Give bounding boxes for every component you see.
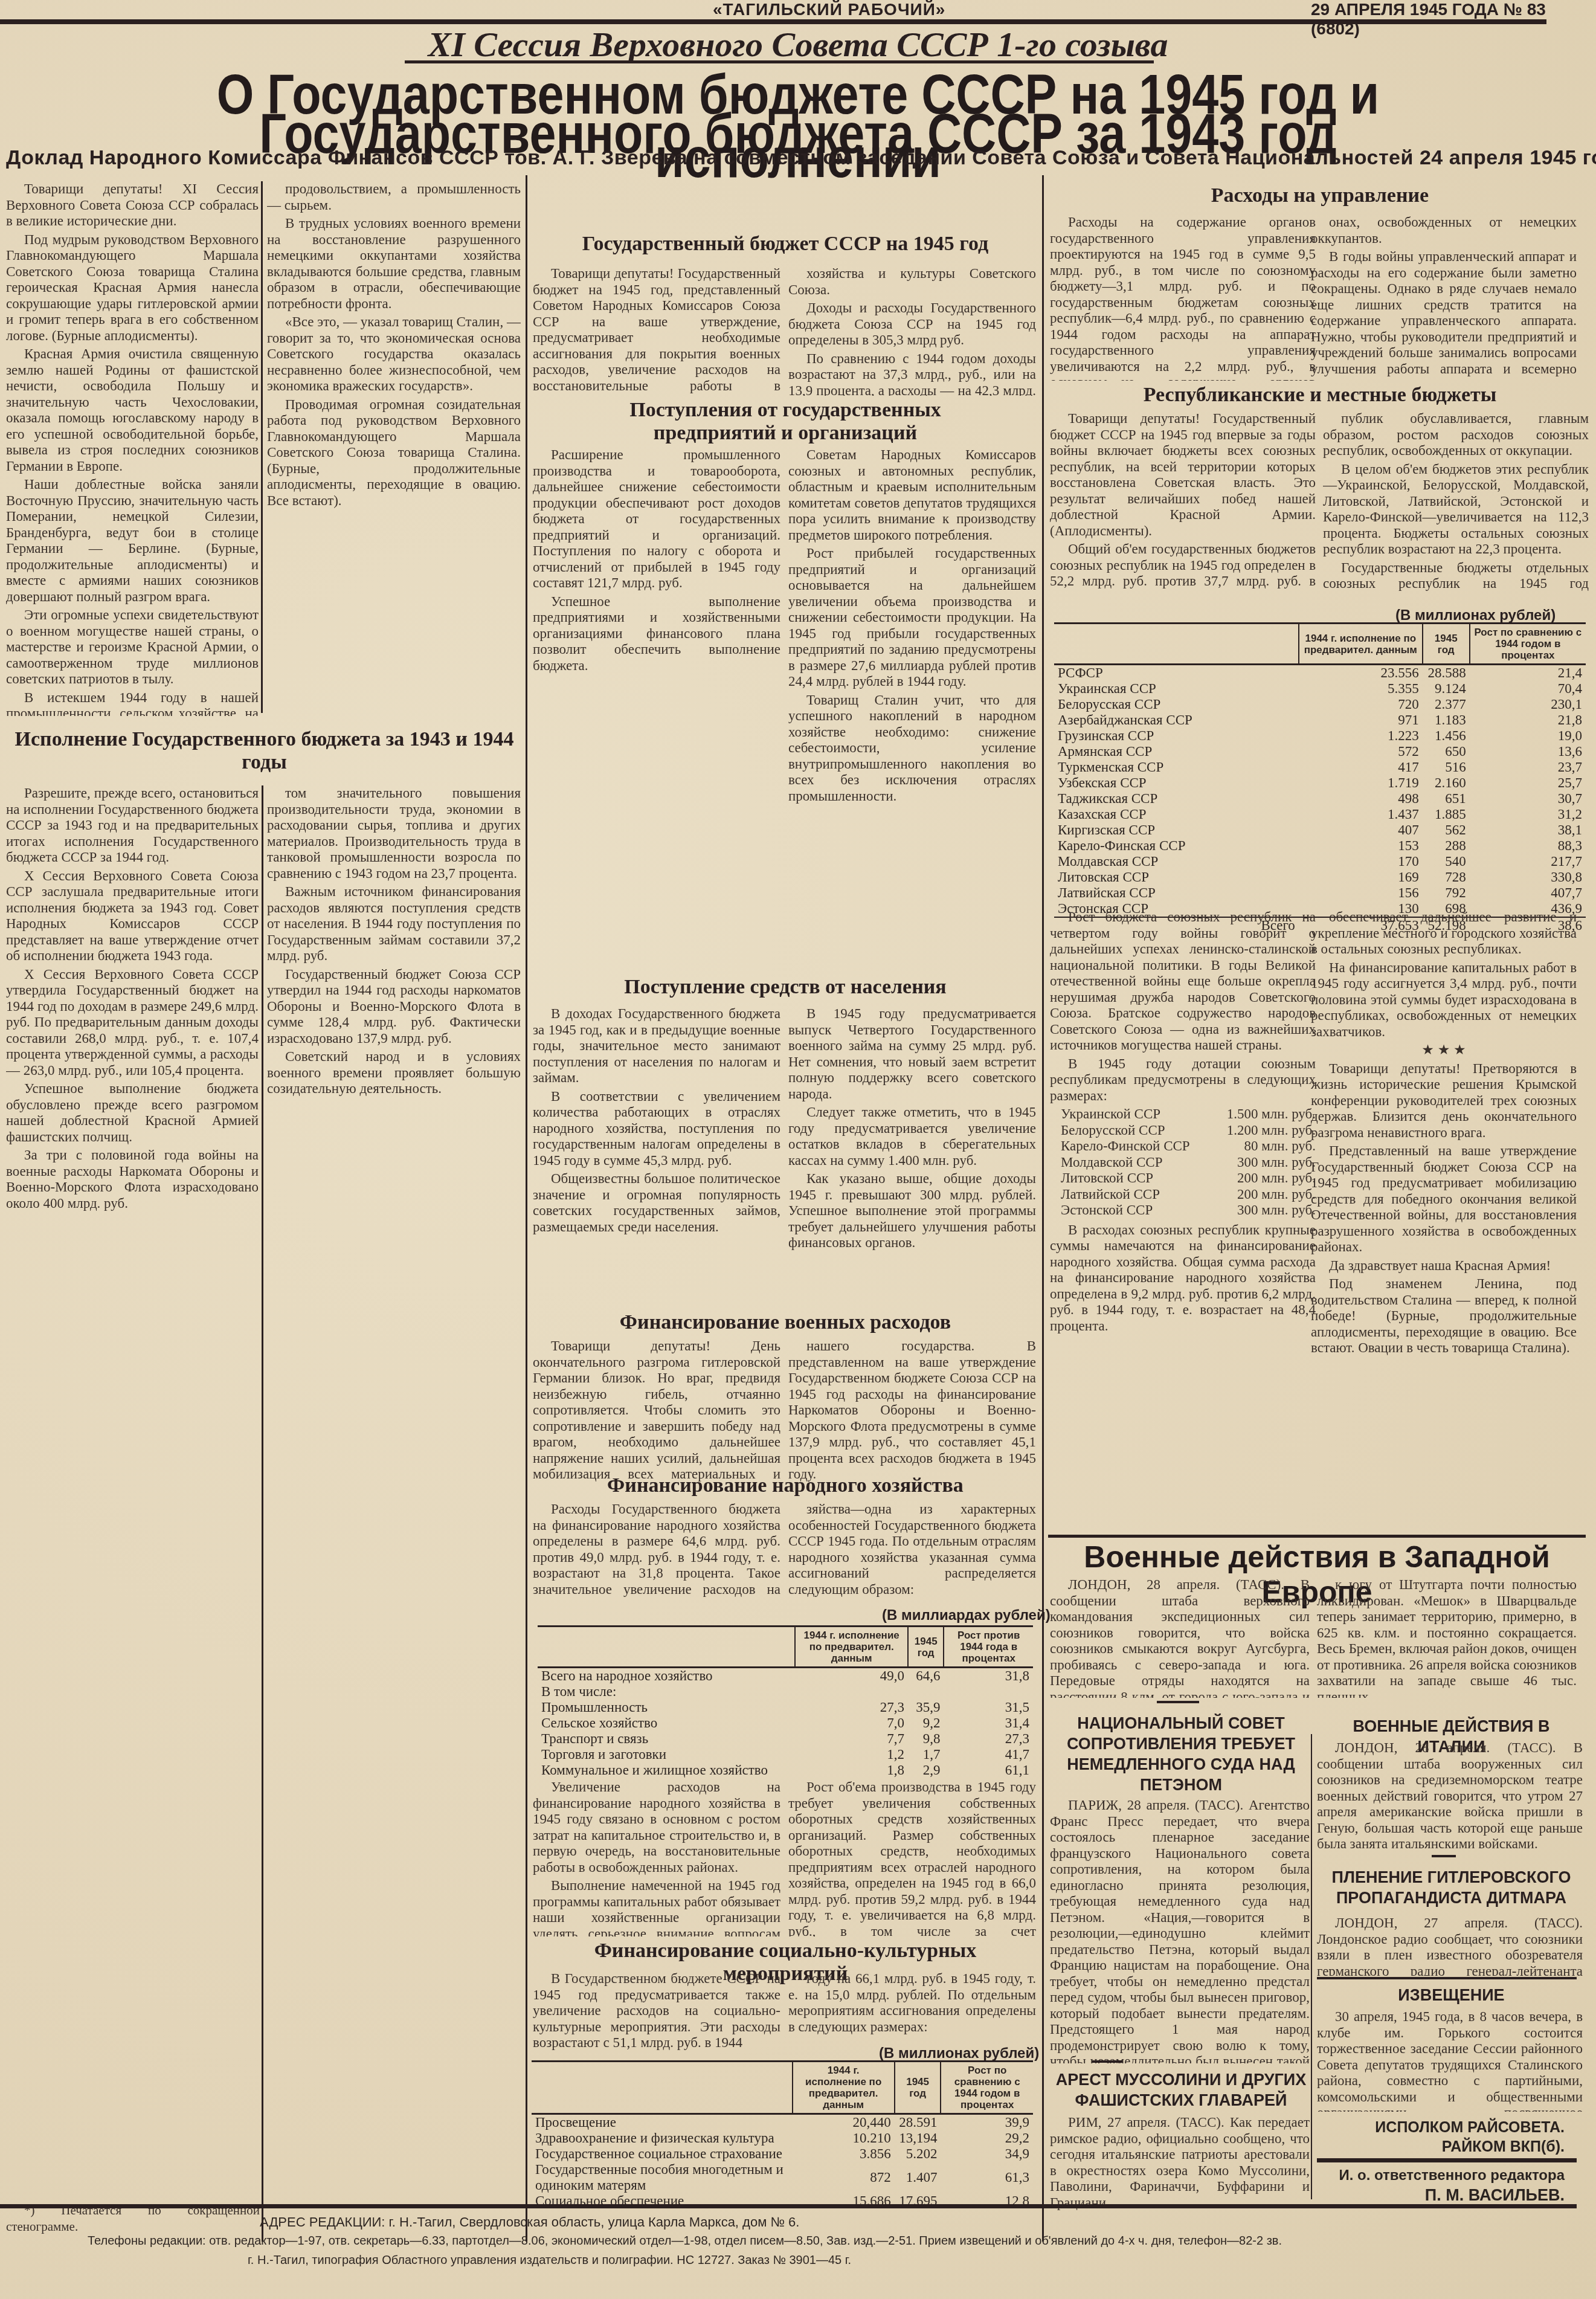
table-cell: 5.355 [1299, 681, 1423, 697]
economy-col-1: Расходы Государственного бюджета на фина… [533, 1501, 780, 1598]
notice-title: ИЗВЕЩЕНИЕ [1317, 1985, 1586, 2005]
paragraph: ЛОНДОН, 28 апреля. (ТАСС). В сообщении ш… [1317, 1740, 1583, 1852]
table-cell: 31,2 [1470, 807, 1586, 822]
table-cell: 872 [793, 2162, 895, 2193]
table-cell: 572 [1299, 744, 1423, 759]
table-cell: Карело-Финская ССР [1054, 838, 1299, 854]
table-cell: 10.210 [793, 2130, 895, 2146]
footer-rule [0, 2204, 1577, 2208]
table-cell: 169 [1299, 869, 1423, 885]
intro-col-1: Товарищи депутаты! XI Сессия Верховного … [6, 181, 259, 716]
economy2-col-1: Увеличение расходов на финансирование на… [533, 1779, 780, 1936]
table-cell: 61,1 [944, 1762, 1033, 1778]
table-header-blank [1054, 624, 1299, 665]
table-cell: 1.719 [1299, 775, 1423, 791]
paragraph: Да здравствует наша Красная Армия! [1311, 1258, 1577, 1274]
table-cell: 27,3 [795, 1700, 908, 1715]
subsidy-republic: Украинской ССР [1061, 1106, 1160, 1123]
table-cell: Здравоохранение и физическая культура [532, 2130, 793, 2146]
table-row: Государственные пособия многодетным и од… [532, 2162, 1033, 2193]
table-cell: Азербайджанская ССР [1054, 712, 1299, 728]
dittmar-body: ЛОНДОН, 27 апреля. (ТАСС). Лондонское ра… [1317, 1915, 1583, 1976]
table-cell: 13,194 [895, 2130, 941, 2146]
republican-col-1: Товарищи депутаты! Государственный бюдже… [1050, 411, 1316, 592]
paragraph: зяйства—одна из характерных особенностей… [788, 1501, 1036, 1598]
table-cell: Всего на народное хозяйство [538, 1668, 795, 1685]
table-row: Просвещение20,44028.59139,9 [532, 2114, 1033, 2131]
paragraph: публик обуславливается, главным образом,… [1323, 411, 1589, 459]
table-cell: 23.556 [1299, 665, 1423, 682]
budget1945-col-2: хозяйства и культуры Советского Союза. Д… [788, 266, 1036, 396]
table-cell: Коммунальное и жилищное хозяйство [538, 1762, 795, 1778]
table-row: Молдавская ССР170540217,7 [1054, 854, 1586, 869]
paper-name: «ТАГИЛЬСКИЙ РАБОЧИЙ» [713, 0, 945, 19]
table-cell: Таджикская ССР [1054, 791, 1299, 807]
table-cell: 3.856 [793, 2146, 895, 2162]
paragraph: В соответствии с увеличением количества … [533, 1089, 780, 1169]
table-row: Латвийская ССР156792407,7 [1054, 885, 1586, 901]
table-cell: 498 [1299, 791, 1423, 807]
table-cell: 41,7 [944, 1747, 1033, 1762]
paragraph: В годы войны управленческий аппарат и ра… [1311, 249, 1577, 381]
column-divider [1042, 175, 1044, 2242]
table-cell: 792 [1423, 885, 1470, 901]
paragraph: Разрешите, прежде всего, остановиться на… [6, 785, 259, 866]
paragraph: Эти огромные успехи свидетельствуют о во… [6, 607, 259, 688]
table-row: Армянская ССР57265013,6 [1054, 744, 1586, 759]
paragraph: В 1945 году предусматривается выпуск Чет… [788, 1006, 1036, 1102]
editor-block: И. о. ответственного редактора П. М. ВАС… [1317, 2166, 1565, 2205]
table-header-blank [538, 1627, 795, 1668]
table-cell: Туркменская ССР [1054, 759, 1299, 775]
table-cell: 720 [1299, 697, 1423, 712]
table-cell: 38,1 [1470, 822, 1586, 838]
table-cell: 21,8 [1470, 712, 1586, 728]
table-header: Рост по сравнению с 1944 годом в процент… [941, 2062, 1033, 2114]
paragraph: Важным источником финансирования расходо… [267, 884, 521, 964]
table-header-blank [532, 2062, 793, 2114]
section-title-economy: Финансирование народного хозяйства [532, 1474, 1039, 1497]
table-cell: Киргизская ССР [1054, 822, 1299, 838]
west-col-1: ЛОНДОН, 28 апреля. (ТАСС). В сообщении ш… [1050, 1577, 1310, 1698]
table-cell: РСФСР [1054, 665, 1299, 682]
table-cell: 29,2 [941, 2130, 1033, 2146]
paragraph: Товарищ Сталин учит, что для успешного н… [788, 692, 1036, 805]
paragraph: В доходах Государственного бюджета за 19… [533, 1006, 780, 1086]
paragraph: Под мудрым руководством Верховного Главн… [6, 232, 259, 344]
table-row: Всего на народное хозяйство49,064,631,8 [538, 1668, 1033, 1685]
section-rule [1048, 1535, 1586, 1538]
enterprises-col-1: Расширение промышленного производства и … [533, 447, 780, 930]
table-cell: 516 [1423, 759, 1470, 775]
subsidy-item: Белорусской ССР1.200 млн. руб. [1061, 1123, 1316, 1139]
table-cell: 1.885 [1423, 807, 1470, 822]
divider [1432, 1855, 1456, 1857]
table-cell: Транспорт и связь [538, 1731, 795, 1747]
table-row: Литовская ССР169728330,8 [1054, 869, 1586, 885]
table-cell: В том числе: [538, 1684, 795, 1700]
subsidy-republic: Молдавской ССР [1061, 1155, 1162, 1171]
table-cell: 31,8 [944, 1668, 1033, 1685]
paragraph: 30 апреля, 1945 года, в 8 часов вечера, … [1317, 2009, 1583, 2112]
table-cell: 540 [1423, 854, 1470, 869]
economy-col-2: зяйства—одна из характерных особенностей… [788, 1501, 1036, 1598]
paragraph: В трудных условиях военного времени на в… [267, 216, 521, 312]
table-cell: 19,0 [1470, 728, 1586, 744]
paragraph: Рост бюджета союзных республик на четвер… [1050, 909, 1316, 1054]
section-title-exec: Исполнение Государственного бюджета за 1… [6, 728, 523, 774]
subheadline: Доклад Народного Комиссара Финансов СССР… [6, 146, 1595, 170]
subsidy-amount: 300 млн. руб. [1237, 1155, 1316, 1171]
economy2-col-2: Рост об'ема производства в 1945 году тре… [788, 1779, 1036, 1936]
table-cell: 217,7 [1470, 854, 1586, 869]
subsidy-republic: Карело-Финской ССР [1061, 1138, 1190, 1155]
subsidy-republic: Литовской ССР [1061, 1170, 1153, 1187]
subsidy-item: Карело-Финской ССР80 млн. руб. [1061, 1138, 1316, 1155]
table-row: Таджикская ССР49865130,7 [1054, 791, 1586, 807]
paragraph: ПАРИЖ, 28 апреля. (ТАСС). Агентство Фран… [1050, 1798, 1310, 2063]
table-cell: Белорусская ССР [1054, 697, 1299, 712]
table-cell: 1,7 [908, 1747, 944, 1762]
section-title-military: Финансирование военных расходов [532, 1311, 1039, 1334]
table-cell: 1.223 [1299, 728, 1423, 744]
paragraph: Товарищи депутаты! XI Сессия Верховного … [6, 181, 259, 230]
subsidy-amount: 300 млн. руб. [1237, 1202, 1316, 1219]
paragraph: нашего государства. В представленном на … [788, 1338, 1036, 1483]
table-cell: Литовская ССР [1054, 869, 1299, 885]
editor-label: И. о. ответственного редактора [1317, 2166, 1565, 2185]
social-col-2: году на 66,1 млрд. руб. в 1945 году, т. … [788, 1971, 1036, 2052]
paragraph: Рост прибылей государственных предприяти… [788, 546, 1036, 690]
table-cell: 7,7 [795, 1731, 908, 1747]
paragraph: На финансирование капитальных работ в 19… [1311, 960, 1577, 1040]
column-divider [526, 175, 527, 2242]
notice-signature-2: РАЙКОМ ВКП(б). [1317, 2137, 1565, 2156]
subsidy-republic: Эстонской ССР [1061, 1202, 1153, 1219]
mussolini-body: РИМ, 27 апреля. (ТАСС). Как передает рим… [1050, 2115, 1310, 2211]
subsidy-amount: 80 млн. руб. [1244, 1138, 1316, 1155]
table-row: Белорусская ССР7202.377230,1 [1054, 697, 1586, 712]
notice-signature-1: ИСПОЛКОМ РАЙСОВЕТА. [1317, 2118, 1565, 2137]
dittmar-title: ПЛЕНЕНИЕ ГИТЛЕРОВСКОГО ПРОПАГАНДИСТА ДИТ… [1317, 1867, 1586, 1908]
table-row: Азербайджанская ССР9711.18321,8 [1054, 712, 1586, 728]
table-row: Казахская ССР1.4371.88531,2 [1054, 807, 1586, 822]
table-row: В том числе: [538, 1684, 1033, 1700]
social-table: 1944 г. исполнение по предварител. данны… [532, 2060, 1033, 2209]
subsidy-republic: Латвийской ССР [1061, 1187, 1160, 1203]
republican2-col-2: обеспечивает дальнейшее развитие и укреп… [1311, 909, 1577, 1532]
paragraph: Следует также отметить, что в 1945 году … [788, 1104, 1036, 1169]
table-cell: Сельское хозяйство [538, 1715, 795, 1731]
paragraph: Государственный бюджет Союза ССР утверди… [267, 967, 521, 1047]
table-cell: Государственное социальное страхование [532, 2146, 793, 2162]
exec-col-2: том значительного повышения производител… [267, 785, 521, 2236]
table-cell [795, 1684, 908, 1700]
table-cell: 23,7 [1470, 759, 1586, 775]
table-cell: 31,4 [944, 1715, 1033, 1731]
table-row: Киргизская ССР40756238,1 [1054, 822, 1586, 838]
table-cell: 35,9 [908, 1700, 944, 1715]
table-cell: 651 [1423, 791, 1470, 807]
table-cell: Узбекская ССР [1054, 775, 1299, 791]
table-cell: Украинская ССР [1054, 681, 1299, 697]
table-row: Промышленность27,335,931,5 [538, 1700, 1033, 1715]
table-cell: 39,9 [941, 2114, 1033, 2131]
subsidy-amount: 1.500 млн. руб. [1227, 1106, 1316, 1123]
table-cell: 407,7 [1470, 885, 1586, 901]
paragraph: году на 66,1 млрд. руб. в 1945 году, т. … [788, 1971, 1036, 2035]
paragraph: X Сессия Верховного Совета Союза ССР зас… [6, 868, 259, 964]
table-row: Торговля и заготовки1,21,741,7 [538, 1747, 1033, 1762]
subsidy-item: Латвийской ССР200 млн. руб. [1061, 1187, 1316, 1203]
table-cell: 7,0 [795, 1715, 908, 1731]
table-cell: 170 [1299, 854, 1423, 869]
table-cell: 971 [1299, 712, 1423, 728]
subsidy-item: Молдавской ССР300 млн. руб. [1061, 1155, 1316, 1171]
table-header: 1944 г. исполнение по предварител. данны… [793, 2062, 895, 2114]
table-cell [908, 1684, 944, 1700]
italy-body: ЛОНДОН, 28 апреля. (ТАСС). В сообщении ш… [1317, 1740, 1583, 1855]
table-cell: Просвещение [532, 2114, 793, 2131]
paragraph: Доходы и расходы Государственного бюджет… [788, 300, 1036, 349]
paragraph: Товарищи депутаты! Государственный бюдже… [1050, 411, 1316, 539]
table-cell: 9.124 [1423, 681, 1470, 697]
paragraph: хозяйства и культуры Советского Союза. [788, 266, 1036, 298]
subsidy-item: Эстонской ССР300 млн. руб. [1061, 1202, 1316, 1219]
table-cell: 20,440 [793, 2114, 895, 2131]
table-row: Грузинская ССР1.2231.45619,0 [1054, 728, 1586, 744]
table-row: Туркменская ССР41751623,7 [1054, 759, 1586, 775]
paragraph: Общеизвестны большое политическое значен… [533, 1171, 780, 1235]
paragraph: ЛОНДОН, 27 апреля. (ТАСС). Лондонское ра… [1317, 1915, 1583, 1976]
paragraph: том значительного повышения производител… [267, 785, 521, 882]
divider [1317, 1977, 1577, 1979]
paragraph: Расходы на содержание органов государств… [1050, 214, 1316, 381]
mussolini-title: АРЕСТ МУССОЛИНИ И ДРУГИХ ФАШИСТСКИХ ГЛАВ… [1054, 2069, 1308, 2110]
paragraph: Советский народ и в условиях военного вр… [267, 1049, 521, 1097]
table-cell: 1.183 [1423, 712, 1470, 728]
paragraph: В истекшем 1944 году в нашей промышленно… [6, 690, 259, 717]
subsidy-item: Литовской ССР200 млн. руб. [1061, 1170, 1316, 1187]
table-cell: 153 [1299, 838, 1423, 854]
table-cell: Грузинская ССР [1054, 728, 1299, 744]
table-cell: Торговля и заготовки [538, 1747, 795, 1762]
paragraph: В Государственном бюджете СССР на 1945 г… [533, 1971, 780, 2051]
section-title-budget1945: Государственный бюджет СССР на 1945 год [532, 233, 1039, 256]
table-header: 1945 год [1423, 624, 1470, 665]
table-cell: 64,6 [908, 1668, 944, 1685]
table-cell: 13,6 [1470, 744, 1586, 759]
paragraph: Расширение промышленного производства и … [533, 447, 780, 592]
column-divider [1311, 1734, 1312, 2199]
table-cell: 31,5 [944, 1700, 1033, 1715]
table-cell: Латвийская ССР [1054, 885, 1299, 901]
paragraph: Успешное выполнение бюджета обусловлено … [6, 1081, 259, 1145]
economy-table: 1944 г. исполнение по предварител. данны… [538, 1625, 1033, 1778]
table-cell: 27,3 [944, 1731, 1033, 1747]
paragraph: Товарищи депутаты! Претворяются в жизнь … [1311, 1061, 1577, 1141]
notice-signature: ИСПОЛКОМ РАЙСОВЕТА. РАЙКОМ ВКП(б). [1317, 2118, 1565, 2156]
table-cell: 1,8 [795, 1762, 908, 1778]
subsidy-amount: 200 млн. руб. [1237, 1187, 1316, 1203]
table-row: Транспорт и связь7,79,827,3 [538, 1731, 1033, 1747]
table-cell [944, 1684, 1033, 1700]
masthead-rule [0, 19, 1546, 24]
column-divider [262, 785, 263, 2242]
social-table-unit: (В миллионах рублей) [879, 2045, 1039, 2062]
paragraph: Проводимая огромная созидательная работа… [267, 397, 521, 509]
table-cell: 2.377 [1423, 697, 1470, 712]
divider [1317, 2158, 1577, 2162]
table-cell: 49,0 [795, 1668, 908, 1685]
subsidy-amount: 200 млн. руб. [1237, 1170, 1316, 1187]
intro-col-2: продовольствием, а промышленность — сырь… [267, 181, 521, 716]
table-cell: 417 [1299, 759, 1423, 775]
table-cell: 28.588 [1423, 665, 1470, 682]
table-cell: 2,9 [908, 1762, 944, 1778]
table-cell: 1.437 [1299, 807, 1423, 822]
paragraph: к югу от Штутгарта почти полностью ликви… [1317, 1577, 1577, 1698]
admin-col-1: Расходы на содержание органов государств… [1050, 214, 1316, 381]
table-cell: 728 [1423, 869, 1470, 885]
paragraph: Как указано выше, общие доходы 1945 г. п… [788, 1171, 1036, 1251]
table-row: Здравоохранение и физическая культура10.… [532, 2130, 1033, 2146]
petain-title: НАЦИОНАЛЬНЫЙ СОВЕТ СОПРОТИВЛЕНИЯ ТРЕБУЕТ… [1054, 1713, 1308, 1795]
table-header: Рост по сравнению с 1944 годом в процент… [1470, 624, 1586, 665]
petain-body: ПАРИЖ, 28 апреля. (ТАСС). Агентство Фран… [1050, 1798, 1310, 2063]
paragraph: X Сессия Верховного Совета СССР утвердил… [6, 967, 259, 1079]
table-cell: 156 [1299, 885, 1423, 901]
paragraph: В расходах союзных республик крупные сум… [1050, 1222, 1316, 1335]
table-cell: 230,1 [1470, 697, 1586, 712]
table-cell: 5.202 [895, 2146, 941, 2162]
republics-table: 1944 г. исполнение по предварител. данны… [1054, 622, 1586, 933]
table-row: Коммунальное и жилищное хозяйство1,82,96… [538, 1762, 1033, 1778]
paragraph: Наши доблестные войска заняли Восточную … [6, 477, 259, 605]
table-cell: 21,4 [1470, 665, 1586, 682]
paragraph: Увеличение расходов на финансирование на… [533, 1779, 780, 1875]
paragraph: Государственные бюджеты отдельных союзны… [1323, 560, 1589, 593]
admin-col-2: онах, освобожденных от немецких оккупант… [1311, 214, 1577, 381]
section-title-admin: Расходы на управление [1048, 184, 1592, 207]
republican-col-2: публик обуславливается, главным образом,… [1323, 411, 1589, 592]
paragraph: За три с половиной года войны на военные… [6, 1147, 259, 1211]
table-cell: 288 [1423, 838, 1470, 854]
military-col-2: нашего государства. В представленном на … [788, 1338, 1036, 1483]
paragraph: Общий об'ем государственных бюджетов сою… [1050, 541, 1316, 592]
table-header: 1945 год [908, 1627, 944, 1668]
paragraph: Красная Армия очистила священную землю н… [6, 346, 259, 474]
table-header: 1944 г. исполнение по предварител. данны… [795, 1627, 908, 1668]
budget1945-col-1: Товарищи депутаты! Государственный бюдже… [533, 266, 780, 396]
republican2-col-1: Рост бюджета союзных республик на четвер… [1050, 909, 1316, 1532]
table-cell: 562 [1423, 822, 1470, 838]
enterprises-col-2: Советам Народных Комиссаров союзных и ав… [788, 447, 1036, 930]
exec-col-1: Разрешите, прежде всего, остановиться на… [6, 785, 259, 2199]
paragraph: Товарищи депутаты! Государственный бюдже… [533, 266, 780, 396]
table-row: Государственное социальное страхование3.… [532, 2146, 1033, 2162]
table-header: 1944 г. исполнение по предварител. данны… [1299, 624, 1423, 665]
population-col-2: В 1945 году предусматривается выпуск Чет… [788, 1006, 1036, 1296]
paragraph: РИМ, 27 апреля. (ТАСС). Как передает рим… [1050, 2115, 1310, 2211]
paragraph: продовольствием, а промышленность — сырь… [267, 181, 521, 213]
paragraph: По сравнению с 1944 годом доходы возраст… [788, 351, 1036, 396]
divider [1092, 2060, 1122, 2063]
paragraph: Товарищи депутаты! День окончательного р… [533, 1338, 780, 1483]
column-divider [261, 181, 263, 713]
paragraph: онах, освобожденных от немецких оккупант… [1311, 214, 1577, 247]
divider [1157, 1701, 1199, 1703]
session-title: XI Сессия Верховного Совета СССР 1-го со… [0, 24, 1596, 65]
paragraph: Успешное выполнение предприятиями и хозя… [533, 594, 780, 674]
military-col-1: Товарищи депутаты! День окончательного р… [533, 1338, 780, 1483]
paragraph: В 1945 году дотации союзным республикам … [1050, 1056, 1316, 1104]
table-cell: 1,2 [795, 1747, 908, 1762]
table-cell: 9,8 [908, 1731, 944, 1747]
section-title-population: Поступление средств от населения [532, 976, 1039, 999]
footer-address: АДРЕС РЕДАКЦИИ: г. Н.-Тагил, Свердловска… [260, 2214, 799, 2230]
paragraph: Расходы Государственного бюджета на фина… [533, 1501, 780, 1598]
table-row: РСФСР23.55628.58821,4 [1054, 665, 1586, 682]
section-title-enterprises: Поступления от государственных предприят… [604, 399, 967, 445]
table-header: 1945 год [895, 2062, 941, 2114]
section-title-republican: Республиканские и местные бюджеты [1048, 384, 1592, 407]
table-row: Украинская ССР5.3559.12470,4 [1054, 681, 1586, 697]
table-header: Рост против 1944 года в процентах [944, 1627, 1033, 1668]
table-cell: 9,2 [908, 1715, 944, 1731]
paragraph: Представленный на ваше утверждение Госуд… [1311, 1143, 1577, 1256]
paragraph: Рост об'ема производства в 1945 году тре… [788, 1779, 1036, 1936]
table-cell: Молдавская ССР [1054, 854, 1299, 869]
table-cell: 650 [1423, 744, 1470, 759]
table-cell: 88,3 [1470, 838, 1586, 854]
paragraph: ЛОНДОН, 28 апреля. (ТАСС). В сообщении ш… [1050, 1577, 1310, 1698]
subsidy-amount: 1.200 млн. руб. [1227, 1123, 1316, 1139]
paragraph: Выполнение намеченной на 1945 год програ… [533, 1878, 780, 1936]
table-cell: 34,9 [941, 2146, 1033, 2162]
table-cell: Государственные пособия многодетным и од… [532, 2162, 793, 2193]
table-cell: 70,4 [1470, 681, 1586, 697]
table-cell: 330,8 [1470, 869, 1586, 885]
social-col-1: В Государственном бюджете СССР на 1945 г… [533, 1971, 780, 2052]
table-cell: 407 [1299, 822, 1423, 838]
footer-printer: г. Н.-Тагил, типография Областного управ… [248, 2254, 851, 2268]
table-cell: Промышленность [538, 1700, 795, 1715]
subsidies-list: Украинской ССР1.500 млн. руб.Белорусской… [1061, 1106, 1316, 1219]
table-cell: 28.591 [895, 2114, 941, 2131]
paragraph: обеспечивает дальнейшее развитие и укреп… [1311, 909, 1577, 958]
table-cell: 25,7 [1470, 775, 1586, 791]
table-cell: 1.456 [1423, 728, 1470, 744]
subsidy-republic: Белорусской ССР [1061, 1123, 1165, 1139]
economy-table-unit: (В миллиардах рублей) [882, 1607, 1051, 1624]
table-cell: Армянская ССР [1054, 744, 1299, 759]
editor-name: П. М. ВАСИЛЬЕВ. [1317, 2185, 1565, 2205]
table-row: Узбекская ССР1.7192.16025,7 [1054, 775, 1586, 791]
republics-table-unit: (В миллионах рублей) [1395, 607, 1556, 624]
paragraph: В целом об'ем бюджетов этих республик—Ук… [1323, 462, 1589, 558]
paragraph: Советам Народных Комиссаров союзных и ав… [788, 447, 1036, 543]
paragraph: Под знаменем Ленина, под водительством С… [1311, 1276, 1577, 1356]
stars-divider: ★ ★ ★ [1311, 1042, 1577, 1059]
subsidy-item: Украинской ССР1.500 млн. руб. [1061, 1106, 1316, 1123]
table-cell: 61,3 [941, 2162, 1033, 2193]
table-cell: 30,7 [1470, 791, 1586, 807]
table-row: Карело-Финская ССР15328888,3 [1054, 838, 1586, 854]
table-cell: 1.407 [895, 2162, 941, 2193]
table-cell: 2.160 [1423, 775, 1470, 791]
table-row: Сельское хозяйство7,09,231,4 [538, 1715, 1033, 1731]
